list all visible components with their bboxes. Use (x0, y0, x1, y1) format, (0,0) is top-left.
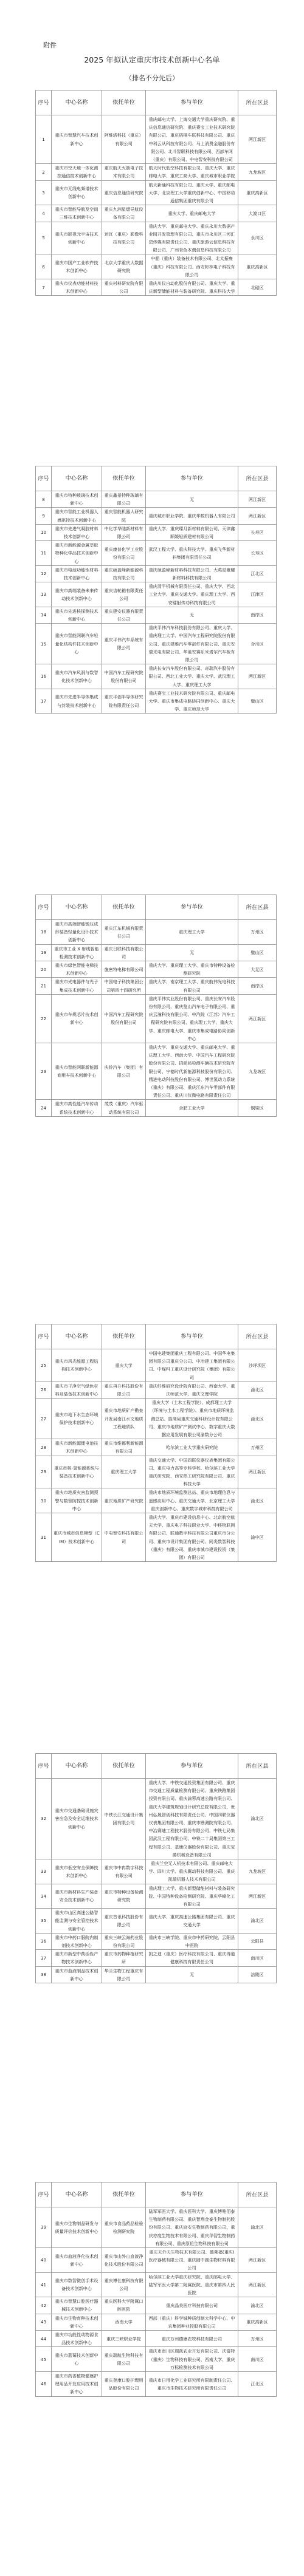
center-name: 重庆市新材料生产装备安全技术创新中心 (52, 1884, 102, 1909)
district: 渝北区 (238, 1382, 277, 1398)
participants: 重庆大学、重庆理工大学、重庆市特种设备检测研究院 (146, 961, 238, 978)
host-unit: 西南大学 (102, 2314, 146, 2330)
center-name: 重庆市城市信息模型（CIM）技术创新中心 (52, 1513, 102, 1562)
district: 渝北区 (238, 2207, 277, 2248)
participants: 重庆清平机械有限责任公司、重庆大学、西北工业大学、重庆交通大学、重庆理工大学、西… (146, 582, 238, 607)
district: 渝北区 (238, 1399, 277, 1439)
table-row: 7重庆市仪表功能材料技术创新中心重庆材料研究院有限公司重庆川仪自动化股份有限公司… (36, 279, 277, 296)
host-unit: 重庆平伟汽车系统有限公司 (102, 624, 146, 664)
header-participants: 参与单位 (146, 1754, 238, 1779)
participants: 重庆大学、中铁交通投资集团有限公司、重庆市交通工程质量检测有限公司、重庆铁路集团… (146, 1779, 238, 1859)
district: 万州区 (238, 1439, 277, 1456)
row-number: 25 (36, 1349, 52, 1382)
host-unit: 重庆平创半导体研究院有限责任公司 (102, 689, 146, 714)
participants: 重庆市日用化学工业研究所有限制责任公司、重庆市生物技术研究所有限责任公司 (146, 2372, 238, 2397)
table-row: 38重庆市血液制品技术创新中心华兰生物工程重庆有限公司无涪陵区 (36, 1966, 277, 1983)
district: 渝北区 (238, 1909, 277, 1934)
participants: 重庆理工大学、重庆新型储能材料与装备研究院、中国特种设备检测研究院、重庆华峰化工… (146, 1884, 238, 1909)
table-row: 1重庆市智慧汽车技术创新中心阿维塔科技（重庆）有限公司重庆邮电大学、上海交通大学… (36, 115, 277, 164)
centers-table: 序号中心名称依托单位参与单位所在区县18重庆市高端智能锻压成形装备轻量化设计技术… (35, 894, 277, 1117)
document-subtitle: （排名不分先后） (0, 73, 304, 83)
row-number: 21 (36, 978, 52, 994)
row-number: 19 (36, 944, 52, 961)
district: 九龙坡区 (238, 1859, 277, 1884)
host-unit: 中化学华陆新材料有限公司 (102, 524, 146, 540)
district: 沙坪坝区 (238, 1349, 277, 1382)
header-host-unit: 依托单位 (102, 1324, 146, 1349)
participants: 武汉工程大学、重庆科技大学、重庆飞华新材料集团有限责任公司 (146, 541, 238, 566)
district: 南岸区 (238, 607, 277, 623)
table-header-row: 序号中心名称依托单位参与单位所在区县 (36, 1324, 277, 1349)
header-no: 序号 (36, 2182, 52, 2207)
table-row: 22重庆市车规芯片技术创新中心中国汽车工程研究院股份有限公司重庆平伟实业股份有限… (36, 994, 277, 1043)
host-unit: 重庆三峡云海药业股份有限公司 (102, 1933, 146, 1949)
center-name: 重庆市智慧汽车技术创新中心 (52, 115, 102, 164)
center-name: 重庆市高端装备未来传动技术创新中心 (52, 582, 102, 607)
row-number: 29 (36, 1456, 52, 1488)
row-number: 44 (36, 2331, 52, 2347)
center-name: 重庆市国产工业软件技术创新中心 (52, 254, 102, 279)
participants: 重庆天外天生物技术有限公司、德莱福(重庆)医疗器械有限公司、重庆圆中圆生物材料有… (146, 2248, 238, 2273)
participants: 重庆城市职业学院、重庆华数机器人有限公司 (146, 508, 238, 524)
host-unit: 重庆登康口腔护理用品股份有限公司 (102, 2372, 146, 2397)
participants: 重庆兰空无人机技术有限公司、重庆邮电大学、四川大学、重庆翼动科技有限公司、重庆凯… (146, 1859, 238, 1884)
participants: 重庆市三峡学院、重庆市中药研究院、云阳县中医院 (146, 1933, 238, 1949)
center-name: 重庆市智能网联新能源商用车技术创新中心 (52, 1043, 102, 1100)
header-participants: 参与单位 (146, 895, 238, 920)
district: 两江新区 (238, 2248, 277, 2273)
host-unit: 中国汽车工程研究院股份有限公司 (102, 664, 146, 689)
table-row: 11重庆市新能源金属萃取特种化学品技术创新中心重庆康普化学工业股份有限公司武汉工… (36, 541, 277, 566)
document-title: 2025 年拟认定重庆市技术创新中心名单 (0, 54, 304, 65)
host-unit: 重庆再升科技股份有限公司 (102, 1382, 146, 1398)
center-name: 重庆市智能网联汽车轻量化结构件技术创新中心 (52, 624, 102, 664)
host-unit: 重庆市药物种植研究所 (102, 1950, 146, 1966)
participants: 中船（重庆）装备技术有限公司、北太振寰（重庆）科技有限公司、西安彬林电子科技有限… (146, 254, 238, 279)
header-no: 序号 (36, 466, 52, 491)
host-unit: 重庆康普化学工业股份有限公司 (102, 541, 146, 566)
row-number: 46 (36, 2372, 52, 2397)
header-district: 所在区县 (238, 90, 277, 115)
row-number: 17 (36, 689, 52, 714)
host-unit: 茂茂（重庆）汽车驱动系统有限公司 (102, 1100, 146, 1116)
row-number: 30 (36, 1488, 52, 1513)
header-host-unit: 依托单位 (102, 466, 146, 491)
row-number: 42 (36, 2297, 52, 2314)
row-number: 13 (36, 582, 52, 607)
table-row: 3重庆市无线电频谱技术创新中心重庆信息通信研究院航天新通科技有限公司、重庆大学、… (36, 180, 277, 205)
header-district: 所在区县 (238, 2182, 277, 2207)
district: 重庆高新区 (238, 180, 277, 205)
row-number: 11 (36, 541, 52, 566)
header-no: 序号 (36, 90, 52, 115)
center-name: 重庆市交通基础设施灾害应急及安全运维技术创新中心 (52, 1779, 102, 1859)
participants: 无 (146, 491, 238, 508)
participants: 航天新通科技有限公司、重庆大学、重庆邮电大学、北京理工大学重庆创新中心、中国移动… (146, 180, 238, 205)
table-row: 33重庆市低空安全保障技术创新中心重庆市中冉数字科技有限公司重庆兰空无人机技术有… (36, 1859, 277, 1884)
center-name: 重庆市蓝莓技术创新中心 (52, 2347, 102, 2372)
header-center-name: 中心名称 (52, 466, 102, 491)
table-row: 23重庆市智能网联新能源商用车技术创新中心庆铃汽车（集团）有限公司重庆大学、重庆… (36, 1043, 277, 1100)
row-number: 14 (36, 607, 52, 623)
host-unit: 重庆首讯科技股份有限公司 (102, 1909, 146, 1934)
district: 长寿区 (238, 524, 277, 540)
district: 渝中区 (238, 1513, 277, 1562)
table-row: 45重庆市蓝莓技术创新中心重庆瑞航生物科技有限公司重庆市南川区瑞凯农业开发有限公… (36, 2347, 277, 2372)
centers-table: 序号中心名称依托单位参与单位所在区县8重庆市特种玻璃技术创新中心重庆鑫景特种玻璃… (35, 466, 277, 714)
table-row: 29重庆市核-氢能源系统与装备技术创新中心重庆理工大学重庆交通大学、中国四联仪器… (36, 1456, 277, 1488)
centers-table: 序号中心名称依托单位参与单位所在区县25重庆市风光能源工程结构技术创新中心重庆大… (35, 1324, 277, 1562)
center-name: 重庆市新能源金属萃取特种化学品技术创新中心 (52, 541, 102, 566)
district: 两江新区 (238, 1884, 277, 1909)
participants: 重庆大学、重庆高速公路集团有限公司、重庆交通大学 (146, 1909, 238, 1934)
row-number: 37 (36, 1950, 52, 1966)
host-unit: 重庆市地质矿产勘查开发局南江水文地质工程地质队 (102, 1399, 146, 1439)
center-name: 重庆市山区高速公路智能监测与安全管控技术创新中心 (52, 1909, 102, 1934)
header-participants: 参与单位 (146, 466, 238, 491)
table-row: 25重庆市风光能源工程结构技术创新中心重庆大学中国电建集团重庆工程有限公司、中国… (36, 1349, 277, 1382)
row-number: 28 (36, 1439, 52, 1456)
host-unit: 重庆医科大学附属口腔医院 (102, 2297, 146, 2314)
table-header-row: 序号中心名称依托单位参与单位所在区县 (36, 90, 277, 115)
participants: 无 (146, 607, 238, 623)
participants: 重庆大学、重庆交通大学、重庆邮电大学、重庆理工大学、西南大学、中国汽车工程研究院… (146, 1043, 238, 1100)
participants: 重庆大学、重庆邮电大学 (146, 205, 238, 222)
district: 璧山区 (238, 944, 277, 961)
host-unit: 重庆江东机械有限责任公司 (102, 920, 146, 945)
participants: 重庆大学、重庆璨月新材料有限公司、天津鑫顺媛轻质建材有限公司 (146, 524, 238, 540)
table-row: 44重庆市功能性动物源食品技术创新中心重庆三峡职业学院重庆万州德康农牧科技有限公… (36, 2331, 277, 2347)
table-row: 30重庆市地质灾害监测预警与数智防控技术创新中心重庆地质矿产研究院重庆市地质环境… (36, 1488, 277, 1513)
center-name: 重庆市先进核探测技术创新中心 (52, 607, 102, 623)
district: 涪陵区 (238, 1966, 277, 1983)
row-number: 4 (36, 205, 52, 222)
table-row: 19重庆市工业 X 射线智能检测技术创新中心重庆日联科技有限公司无璧山区 (36, 944, 277, 961)
table-row: 13重庆市高端装备未来传动技术创新中心重庆齿轮箱有限责任公司重庆清平机械有限责任… (36, 582, 277, 607)
table-row: 43重庆市生物育种技术创新中心西南大学西部（重庆）科学城种质创制大科学中心、中农… (36, 2314, 277, 2330)
table-row: 46重庆市药香植物健康护理用品开发应用技术创新中心重庆登康口腔护理用品股份有限公… (36, 2372, 277, 2397)
center-name: 重庆市特种玻璃技术创新中心 (52, 491, 102, 508)
district: 合川区 (238, 624, 277, 664)
host-unit: 华兰生物工程重庆有限公司 (102, 1966, 146, 1983)
row-number: 33 (36, 1859, 52, 1884)
participants: 重庆市南川区瑞凯农业开发有限公司、沃富特（重庆）生物科技有限公司、西南大学、重庆… (146, 2347, 238, 2372)
center-name: 重庆市新能源锂电池技术创新中心 (52, 1439, 102, 1456)
center-name: 重庆市汽车风洞与数智化技术创新中心 (52, 664, 102, 689)
table-row: 14重庆市先进核探测技术创新中心重庆建安仪器有限责任公司无南岸区 (36, 607, 277, 623)
host-unit: 重庆日联科技有限公司 (102, 944, 146, 961)
participants: 重庆纤维研究设计院有限公司、西南大学、重庆师范大学、重庆文理学院 (146, 1382, 238, 1398)
district: 重庆高新区 (238, 254, 277, 279)
table-header-row: 序号中心名称依托单位参与单位所在区县 (36, 2182, 277, 2207)
participants: 重庆交通大学、中国四联仪器仪表集团有限公司、重庆电力高等专科学校、哈尔滨工业大学… (146, 1456, 238, 1488)
participants: 重庆川仪自动化股份有限公司、重庆大学、重庆新型储能材料与装备研究院、重庆科技大学 (146, 279, 238, 296)
participants: 重庆大学、重庆市建设信息中心、北京航空航天大学、重庆电子科技职业大学、中移物联网… (146, 1513, 238, 1562)
header-host-unit: 依托单位 (102, 90, 146, 115)
district: 大足区 (238, 961, 277, 978)
header-center-name: 中心名称 (52, 1754, 102, 1779)
header-center-name: 中心名称 (52, 90, 102, 115)
participants: 重庆平伟实业股份有限公司、重庆长安汽车股份有限公司、重庆览山汽车电子有限公司、重… (146, 994, 238, 1043)
center-name: 重庆市空天地一体化测控通信技术创新中心 (52, 164, 102, 180)
table-row: 6重庆市国产工业软件技术创新中心北京大学重庆大数据研究院中船（重庆）装备技术有限… (36, 254, 277, 279)
host-unit: 重庆九洲星熠导航设备有限公司 (102, 205, 146, 222)
row-number: 7 (36, 279, 52, 296)
table-row: 5重庆市影视元宇宙技术创新中心达瓦（重庆）影像科技有限公司重庆大学、重庆邮电大学… (36, 222, 277, 254)
row-number: 2 (36, 164, 52, 180)
center-name: 重庆市地质灾害监测预警与数智防控技术创新中心 (52, 1488, 102, 1513)
district: 万州区 (238, 920, 277, 945)
host-unit: 施密特电梯有限公司 (102, 961, 146, 978)
table-row: 26重庆市干净空气绿色材料及装备技术创新中心重庆再升科技股份有限公司重庆纤维研究… (36, 1382, 277, 1398)
host-unit: 达瓦（重庆）影像科技有限公司 (102, 222, 146, 254)
row-number: 15 (36, 624, 52, 664)
district: 渝北区 (238, 2297, 277, 2314)
row-number: 38 (36, 1966, 52, 1983)
host-unit: 重庆市山外山血液净化技术股份有限公司 (102, 2248, 146, 2273)
row-number: 6 (36, 254, 52, 279)
row-number: 41 (36, 2272, 52, 2297)
center-name: 重庆市绿色智能电梯技术创新中心 (52, 961, 102, 978)
center-name: 重庆市低空安全保障技术创新中心 (52, 1859, 102, 1884)
district: 永川区 (238, 222, 277, 254)
center-name: 重庆市无线电频谱技术创新中心 (52, 180, 102, 205)
host-unit: 重庆硕盈峰新能源科技有限公司 (102, 565, 146, 582)
host-unit: 重庆博仕康科技有限公司 (102, 2272, 146, 2297)
table-row: 41重庆市数智微创手术设备技术创新中心重庆博仕康科技有限公司哈尔滨工业大学重庆研… (36, 2272, 277, 2297)
participants: 重庆大学、重庆邮电大学、重庆永川大数据产业园开发管理有限公司、重庆市永川区三河汇… (146, 222, 238, 254)
district: 渝北区 (238, 1488, 277, 1513)
table-row: 42重庆市智慧口腔医疗器械技术创新中心重庆医科大学附属口腔医院重庆晶美医疗科技有… (36, 2297, 277, 2314)
row-number: 18 (36, 920, 52, 945)
host-unit: 重庆市维都利新能源有限公司 (102, 1439, 146, 1456)
center-name: 重庆市功能性动物源食品技术创新中心 (52, 2331, 102, 2347)
host-unit: 中电智安科技有限公司 (102, 1513, 146, 1562)
center-name: 重庆市先进气凝胶材料技术创新中心 (52, 524, 102, 540)
center-name: 重庆市血液净化技术创新中心 (52, 2248, 102, 2273)
row-number: 32 (36, 1779, 52, 1859)
row-number: 9 (36, 508, 52, 524)
center-name: 重庆市生物育种技术创新中心 (52, 2314, 102, 2330)
center-name: 重庆市光电器件与光子集成技术创新中心 (52, 978, 102, 994)
host-unit: 重庆地质矿产研究院 (102, 1488, 146, 1513)
district: 万州区 (238, 2331, 277, 2347)
header-district: 所在区县 (238, 1324, 277, 1349)
header-center-name: 中心名称 (52, 895, 102, 920)
participants: 重庆万州德康农牧科技有限公司 (146, 2331, 238, 2347)
header-host-unit: 依托单位 (102, 895, 146, 920)
row-number: 20 (36, 961, 52, 978)
district: 九龙坡区 (238, 164, 277, 180)
host-unit: 重庆齿轮箱有限责任公司 (102, 582, 146, 607)
header-host-unit: 依托单位 (102, 1754, 146, 1779)
center-name: 重庆市电池功能性材料技术创新中心 (52, 565, 102, 582)
host-unit: 重庆瑞航生物科技有限公司 (102, 2347, 146, 2372)
district: 江津区 (238, 582, 277, 607)
participants: 无 (146, 944, 238, 961)
centers-table: 序号中心名称依托单位参与单位所在区县39重庆市生物制品研发与质量评价技术创新中心… (35, 2182, 277, 2397)
table-row: 24重庆市高性能汽车传动系统技术创新中心茂茂（重庆）汽车驱动系统有限公司合肥工业… (36, 1100, 277, 1116)
host-unit: 中铁长江交通设计集团有限公司 (102, 1779, 146, 1859)
table-row: 39重庆市生物制品研发与质量评价技术创新中心重庆市食品药品检验检测研究院陆军军医… (36, 2207, 277, 2248)
row-number: 26 (36, 1382, 52, 1398)
header-center-name: 中心名称 (52, 1324, 102, 1349)
table-row: 8重庆市特种玻璃技术创新中心重庆鑫景特种玻璃有限公司无两江新区 (36, 491, 277, 508)
row-number: 27 (36, 1399, 52, 1439)
participants: 重庆大学、南京理工大学、重庆航伟光电科技有限公司 (146, 978, 238, 994)
header-host-unit: 依托单位 (102, 2182, 146, 2207)
host-unit: 重庆鑫景特种玻璃有限公司 (102, 491, 146, 508)
host-unit: 重庆市中冉数字科技有限公司 (102, 1859, 146, 1884)
district: 云阳县 (238, 1933, 277, 1949)
center-name: 重庆市生物制品研发与质量评价技术创新中心 (52, 2207, 102, 2248)
participants: 哈尔滨工业大学重庆研究院 (146, 1439, 238, 1456)
table-row: 37重庆市新型中药活性产物技术创新中心重庆市药物种植研究所凯之迪（重庆）医疗科技… (36, 1950, 277, 1966)
district: 渝北区 (238, 1779, 277, 1859)
table-row: 35重庆市山区高速公路智能监测与安全管控技术创新中心重庆首讯科技股份有限公司重庆… (36, 1909, 277, 1934)
header-no: 序号 (36, 1754, 52, 1779)
district: 重庆高新区 (238, 2314, 277, 2330)
row-number: 22 (36, 994, 52, 1043)
district: 两江新区 (238, 664, 277, 689)
table-row: 32重庆市交通基础设施灾害应急及安全运维技术创新中心中铁长江交通设计集团有限公司… (36, 1779, 277, 1859)
center-name: 重庆市新型中药活性产物技术创新中心 (52, 1950, 102, 1966)
row-number: 8 (36, 491, 52, 508)
table-row: 20重庆市绿色智能电梯技术创新中心施密特电梯有限公司重庆大学、重庆理工大学、重庆… (36, 961, 277, 978)
district: 北碚区 (238, 279, 277, 296)
row-number: 40 (36, 2248, 52, 2273)
table-row: 31重庆市城市信息模型（CIM）技术创新中心中电智安科技有限公司重庆大学、重庆市… (36, 1513, 277, 1562)
center-name: 重庆市先进半导体集成与封装技术创新中心 (52, 689, 102, 714)
row-number: 5 (36, 222, 52, 254)
row-number: 10 (36, 524, 52, 540)
table-row: 16重庆市汽车风洞与数智化技术创新中心中国汽车工程研究院股份有限公司重庆长安汽车… (36, 664, 277, 689)
table-row: 2重庆市空天地一体化测控通信技术创新中心重庆航天火箭电子技术有限公司航天时代低空… (36, 164, 277, 180)
table-row: 15重庆市智能网联汽车轻量化结构件技术创新中心重庆平伟汽车系统有限公司重庆平伟汽… (36, 624, 277, 664)
center-name: 重庆市高端智能锻压成形装备轻量化设计技术创新中心 (52, 920, 102, 945)
district: 两江新区 (238, 2272, 277, 2297)
center-name: 重庆市数智微创手术设备技术创新中心 (52, 2272, 102, 2297)
district: 璧山区 (238, 689, 277, 714)
table-row: 9重庆市智能工业机器人感驱控技术创新中心重庆智能机器人研究院重庆城市职业学院、重… (36, 508, 277, 524)
participants: 中国电建集团重庆工程有限公司、中国华电集团有限公司重庆分公司、中冶建工集团有限公… (146, 1349, 238, 1382)
center-name: 重庆市高性能汽车传动系统技术创新中心 (52, 1100, 102, 1116)
district: 两江新区 (238, 115, 277, 164)
participants: 重庆晶美医疗科技有限公司 (146, 2297, 238, 2314)
host-unit: 中国汽车工程研究院股份有限公司 (102, 994, 146, 1043)
district: 江北区 (238, 565, 277, 582)
district: 南川区 (238, 2347, 277, 2372)
host-unit: 重庆大学 (102, 1349, 146, 1382)
center-name: 重庆市核-氢能源系统与装备技术创新中心 (52, 1456, 102, 1488)
host-unit: 重庆建安仪器有限责任公司 (102, 607, 146, 623)
participants: 西部（重庆）科学城种质创制大科学中心、中农集团种业控股有限公司 (146, 2314, 238, 2330)
participants: 凯之迪（重庆）医疗科技有限公司、重庆得道健康科技有限责任公司 (146, 1950, 238, 1966)
row-number: 3 (36, 180, 52, 205)
row-number: 16 (36, 664, 52, 689)
header-district: 所在区县 (238, 895, 277, 920)
center-name: 重庆市药香植物健康护理用品开发应用技术创新中心 (52, 2372, 102, 2397)
district: 两江新区 (238, 1456, 277, 1488)
host-unit: 中国电子科技集团公司第四十四研究所 (102, 978, 146, 994)
participants: 航天时代低空科技有限公司、重庆大学、重庆邮电大学、重庆工商大学、重庆城市职业学院 (146, 164, 238, 180)
participants: 重庆理工大学 (146, 920, 238, 945)
participants: 重庆硕盈峰新材料科技有限公司、大英星聚耀新材料科技有限公司 (146, 565, 238, 582)
district: 两江新区 (238, 491, 277, 508)
center-name: 重庆市风光能源工程结构技术创新中心 (52, 1349, 102, 1382)
center-name: 重庆市干净空气绿色材料及装备技术创新中心 (52, 1382, 102, 1398)
host-unit: 重庆材料研究院有限公司 (102, 279, 146, 296)
host-unit: 重庆理工大学 (102, 1456, 146, 1488)
district: 铜梁区 (238, 1100, 277, 1116)
center-name: 重庆市智能工业机器人感驱控技术创新中心 (52, 508, 102, 524)
header-participants: 参与单位 (146, 90, 238, 115)
table-row: 18重庆市高端智能锻压成形装备轻量化设计技术创新中心重庆江东机械有限责任公司重庆… (36, 920, 277, 945)
header-participants: 参与单位 (146, 2182, 238, 2207)
row-number: 39 (36, 2207, 52, 2248)
participants: 重庆大学（土木工程学院）、成都理工大学（环境与土木工程学院）、重庆市地质环境监测… (146, 1399, 238, 1439)
host-unit: 阿维塔科技（重庆）有限公司 (102, 115, 146, 164)
header-no: 序号 (36, 895, 52, 920)
district: 南岸区 (238, 978, 277, 994)
center-name: 重庆市智慧口腔医疗器械技术创新中心 (52, 2297, 102, 2314)
participants: 无 (146, 1966, 238, 1983)
table-row: 40重庆市血液净化技术创新中心重庆市山外山血液净化技术股份有限公司重庆天外天生物… (36, 2248, 277, 2273)
centers-table: 序号中心名称依托单位参与单位所在区县32重庆市交通基础设施灾害应急及安全运维技术… (35, 1753, 277, 1983)
district: 两江新区 (238, 508, 277, 524)
table-header-row: 序号中心名称依托单位参与单位所在区县 (36, 895, 277, 920)
table-header-row: 序号中心名称依托单位参与单位所在区县 (36, 466, 277, 491)
participants: 哈尔滨工业大学重庆研究院、重庆邮电大学、陆军军医大学第二附属医院、重庆市第四人民… (146, 2272, 238, 2297)
center-name: 重庆市血液制品技术创新中心 (52, 1966, 102, 1983)
row-number: 23 (36, 1043, 52, 1100)
header-district: 所在区县 (238, 466, 277, 491)
table-row: 12重庆市电池功能性材料技术创新中心重庆硕盈峰新能源科技有限公司重庆硕盈峰新材料… (36, 565, 277, 582)
district: 长寿区 (238, 541, 277, 566)
table-row: 36重庆市中药口服院内制剂技术创新中心重庆三峡云海药业股份有限公司重庆市三峡学院… (36, 1933, 277, 1949)
header-participants: 参与单位 (146, 1324, 238, 1349)
district: 江北区 (238, 2372, 277, 2397)
row-number: 24 (36, 1100, 52, 1116)
header-district: 所在区县 (238, 1754, 277, 1779)
attachment-label: 附件 (43, 40, 57, 50)
header-no: 序号 (36, 1324, 52, 1349)
district: 两江新区 (238, 994, 277, 1043)
centers-table: 序号中心名称依托单位参与单位所在区县1重庆市智慧汽车技术创新中心阿维塔科技（重庆… (35, 90, 277, 296)
host-unit: 重庆智能机器人研究院 (102, 508, 146, 524)
participants: 合肥工业大学 (146, 1100, 238, 1116)
center-name: 重庆市智能导航及空间三维技术创新中心 (52, 205, 102, 222)
center-name: 重庆市地下水生态环境保护技术创新中心 (52, 1399, 102, 1439)
header-center-name: 中心名称 (52, 2182, 102, 2207)
host-unit: 重庆市特种设备检测研究院 (102, 1884, 146, 1909)
district: 九龙坡区 (238, 1043, 277, 1100)
district: 南川区 (238, 1950, 277, 1966)
row-number: 43 (36, 2314, 52, 2330)
center-name: 重庆市影视元宇宙技术创新中心 (52, 222, 102, 254)
host-unit: 重庆市食品药品检验检测研究院 (102, 2207, 146, 2248)
row-number: 35 (36, 1909, 52, 1934)
row-number: 31 (36, 1513, 52, 1562)
table-row: 21重庆市光电器件与光子集成技术创新中心中国电子科技集团公司第四十四研究所重庆大… (36, 978, 277, 994)
participants: 重庆平伟汽车科技股份有限公司、重庆大学、重庆理工大学、中国汽车工程研究院股份有限… (146, 624, 238, 664)
center-name: 重庆市车规芯片技术创新中心 (52, 994, 102, 1043)
table-row: 4重庆市智能导航及空间三维技术创新中心重庆九洲星熠导航设备有限公司重庆大学、重庆… (36, 205, 277, 222)
center-name: 重庆市仪表功能材料技术创新中心 (52, 279, 102, 296)
row-number: 1 (36, 115, 52, 164)
table-header-row: 序号中心名称依托单位参与单位所在区县 (36, 1754, 277, 1779)
host-unit: 重庆航天火箭电子技术有限公司 (102, 164, 146, 180)
